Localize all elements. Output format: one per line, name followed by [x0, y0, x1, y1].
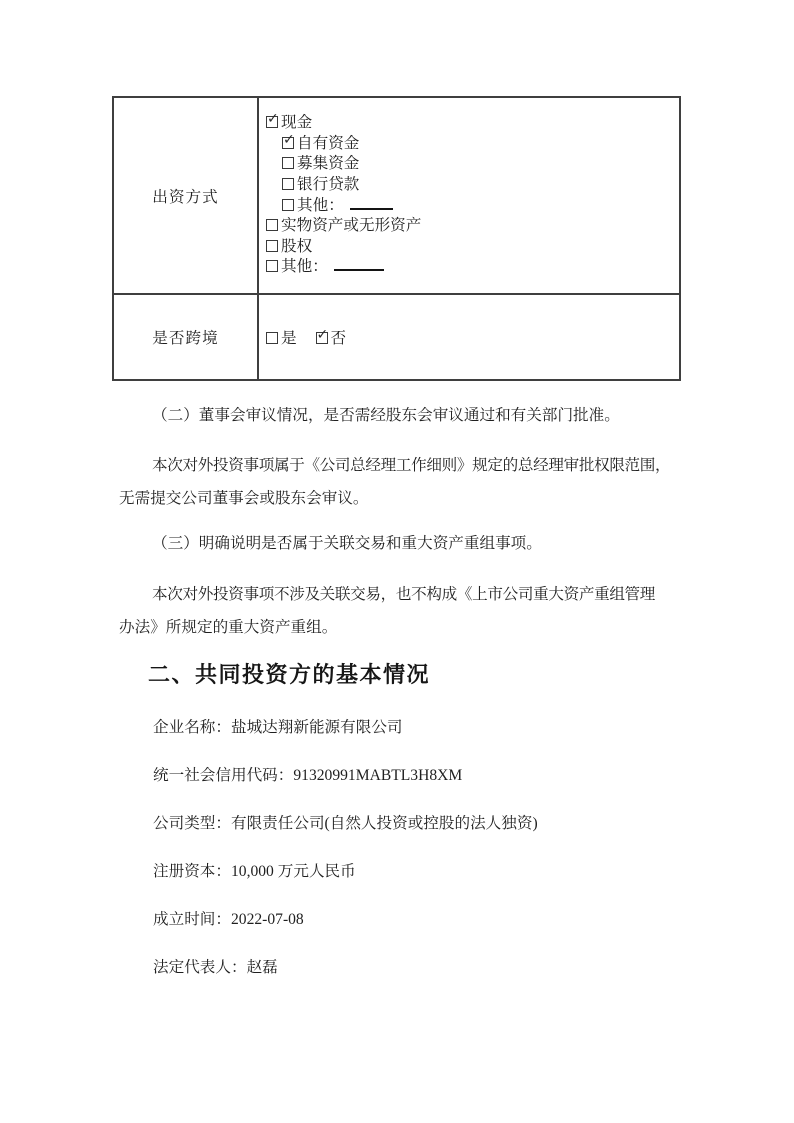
paragraph-related-transaction-item: （三）明确说明是否属于关联交易和重大资产重组事项。: [119, 527, 682, 560]
detail-legal-representative: 法定代表人：赵磊: [119, 951, 682, 984]
funding-option-physical-or-intangible-assets: 实物资产或无形资产: [266, 216, 675, 237]
checkbox-unchecked-icon[interactable]: [266, 240, 278, 252]
funding-method-label: 出资方式: [113, 97, 258, 294]
table-row-cross-border: 是否跨境 是 否: [113, 294, 680, 380]
option-label: 否: [331, 330, 347, 347]
table-row-funding-method: 出资方式 现金 自有资金 募集资金 银行贷款 其他： 实物资产或无形: [113, 97, 680, 294]
option-label: 股权: [281, 238, 312, 255]
paragraph-line: 办法》所规定的重大资产重组。: [119, 611, 682, 644]
detail-registered-capital: 注册资本：10,000 万元人民币: [119, 855, 682, 888]
blank-underline: [334, 266, 384, 271]
paragraph-related-transaction-statement: 本次对外投资事项不涉及关联交易，也不构成《上市公司重大资产重组管理 办法》所规定…: [119, 578, 682, 644]
checkbox-unchecked-icon[interactable]: [266, 260, 278, 272]
option-label: 银行贷款: [297, 176, 359, 193]
paragraph-board-review-item: （二）董事会审议情况，是否需经股东会审议通过和有关部门批准。: [119, 399, 682, 432]
detail-unified-social-credit-code: 统一社会信用代码：91320991MABTL3H8XM: [119, 759, 682, 792]
option-label: 自有资金: [297, 135, 359, 152]
option-label: 现金: [281, 114, 312, 131]
paragraph-line: 本次对外投资事项属于《公司总经理工作细则》规定的总经理审批权限范围，: [119, 449, 682, 482]
detail-establish-date: 成立时间：2022-07-08: [119, 903, 682, 936]
option-label: 募集资金: [297, 155, 359, 172]
checkbox-checked-icon[interactable]: [266, 116, 278, 128]
option-label: 其他：: [281, 258, 328, 275]
detail-company-type: 公司类型：有限责任公司(自然人投资或控股的法人独资): [119, 807, 682, 840]
option-label: 其他：: [297, 197, 344, 214]
funding-option-cash: 现金: [266, 113, 675, 134]
section-heading-co-investor-basics: 二、共同投资方的基本情况: [119, 657, 719, 693]
cross-border-options-cell: 是 否: [258, 294, 680, 380]
checkbox-unchecked-icon[interactable]: [266, 219, 278, 231]
checkbox-unchecked-icon[interactable]: [282, 157, 294, 169]
document-page: 出资方式 现金 自有资金 募集资金 银行贷款 其他： 实物资产或无形: [0, 0, 794, 1123]
paragraph-line: 无需提交公司董事会或股东会审议。: [119, 482, 682, 515]
cross-border-option-no: 否: [316, 330, 347, 347]
paragraph-approval-scope: 本次对外投资事项属于《公司总经理工作细则》规定的总经理审批权限范围， 无需提交公…: [119, 449, 682, 515]
blank-underline: [350, 205, 393, 210]
funding-method-options-cell: 现金 自有资金 募集资金 银行贷款 其他： 实物资产或无形资产: [258, 97, 680, 294]
cross-border-option-yes: 是: [266, 330, 301, 347]
funding-option-raised-funds: 募集资金: [266, 154, 675, 175]
funding-option-bank-loan: 银行贷款: [266, 175, 675, 196]
checkbox-checked-icon[interactable]: [282, 137, 294, 149]
detail-company-name: 企业名称：盐城达翔新能源有限公司: [119, 711, 682, 744]
option-label: 是: [281, 330, 297, 347]
checkbox-unchecked-icon[interactable]: [282, 178, 294, 190]
paragraph-line: 本次对外投资事项不涉及关联交易，也不构成《上市公司重大资产重组管理: [119, 578, 682, 611]
investment-info-table: 出资方式 现金 自有资金 募集资金 银行贷款 其他： 实物资产或无形: [112, 96, 681, 381]
checkbox-unchecked-icon[interactable]: [266, 332, 278, 344]
cross-border-label: 是否跨境: [113, 294, 258, 380]
funding-option-other-sub: 其他：: [266, 196, 675, 217]
funding-option-own-funds: 自有资金: [266, 134, 675, 155]
checkbox-checked-icon[interactable]: [316, 332, 328, 344]
checkbox-unchecked-icon[interactable]: [282, 199, 294, 211]
funding-option-other: 其他：: [266, 257, 675, 278]
option-label: 实物资产或无形资产: [281, 217, 421, 234]
funding-option-equity: 股权: [266, 237, 675, 258]
